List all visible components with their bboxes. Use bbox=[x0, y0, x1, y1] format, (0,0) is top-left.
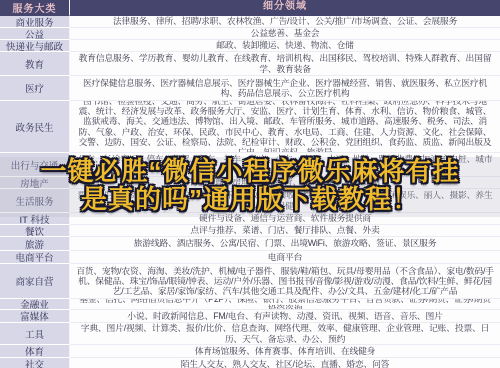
table-row: 富媒体小说、时政新闻信息、FM/电台、有声读物、动漫、资讯、视频、语音、音乐、图… bbox=[0, 310, 500, 323]
fields-cell: 法律服务、律所、招聘/求职、农林牧渔、广告/设计、公关/推广/市场调查、公证、会… bbox=[70, 16, 500, 28]
fields-cell: 点评与推荐、菜谱、门店、餐厅排队、点餐、外卖 bbox=[70, 225, 500, 237]
fields-cell: 百货、宠物/农资、海淘、美妆/洗护、机械/电子器件、服装/鞋/箱包、玩具/母婴用… bbox=[70, 264, 500, 299]
category-cell: 体育 bbox=[0, 345, 70, 358]
table-row: 金融业基金、信托、网络借贷信息中介（P2P）、保险、银行、股票信息服务平台、自营… bbox=[0, 299, 500, 310]
overlay-line-1: 一键必胜“微信小程序微乐麻将有挂 bbox=[0, 158, 500, 186]
category-cell: 社交 bbox=[0, 358, 70, 368]
fields-cell: 医疗保健信息服务、医疗器械信息展示、医疗器械生产企业、医疗器械经营、销售、就医服… bbox=[70, 76, 500, 101]
fields-cell: 电商平台 bbox=[70, 251, 500, 264]
overlay-line-2: 是真的吗”通用版下载教程！ bbox=[0, 186, 500, 214]
category-cell: 商业服务 bbox=[0, 16, 70, 28]
fields-cell: 陌生人交友、熟人交友、社区/论坛、直播、婚恋、问答 bbox=[70, 358, 500, 368]
fields-cell: 硬件与设备、通信与运营商、软件服务提供商 bbox=[70, 213, 500, 225]
screenshot-frame: 服务大类 细分领域 商业服务法律服务、律所、招聘/求职、农林牧渔、广告/设计、公… bbox=[0, 0, 500, 368]
category-cell: 医疗 bbox=[0, 76, 70, 101]
category-cell: 商家自营 bbox=[0, 264, 70, 299]
table-row: 医疗医疗保健信息服务、医疗器械信息展示、医疗器械生产企业、医疗器械经营、销售、就… bbox=[0, 76, 500, 101]
category-cell: 金融业 bbox=[0, 299, 70, 310]
fields-cell: 体育场馆服务、体育赛事、体育培训、在线健身 bbox=[70, 345, 500, 358]
table-row: 快递业与邮政邮政、装卸搬运、快递、物流、仓储 bbox=[0, 40, 500, 52]
table-row: 体育体育场馆服务、体育赛事、体育培训、在线健身 bbox=[0, 345, 500, 358]
fields-cell: 字典、图片/视频、计算类、报价/比价、信息查询、网络代理、效率、健康管理、企业管… bbox=[70, 323, 500, 345]
table-row: 电商平台电商平台 bbox=[0, 251, 500, 264]
table-row: 社交陌生人交友、熟人交友、社区/论坛、直播、婚恋、问答 bbox=[0, 358, 500, 368]
category-cell: 公益 bbox=[0, 28, 70, 40]
category-cell: 餐饮 bbox=[0, 225, 70, 237]
category-cell: 旅游 bbox=[0, 237, 70, 251]
fields-cell: 教育信息服务、学历教育、婴幼儿教育、在线教育、培训机构、出国移民、驾校培训、特殊… bbox=[70, 52, 500, 76]
header-category-label: 服务大类 bbox=[0, 0, 70, 16]
table-row: 教育教育信息服务、学历教育、婴幼儿教育、在线教育、培训机构、出国移民、驾校培训、… bbox=[0, 52, 500, 76]
table-row: 旅游旅游线路、酒店服务、公寓/民宿、门票、出境WiFi、旅游攻略、签证、景区服务 bbox=[0, 237, 500, 251]
table-header-row: 服务大类 细分领域 bbox=[0, 0, 500, 16]
spam-overlay-text: 一键必胜“微信小程序微乐麻将有挂 是真的吗”通用版下载教程！ bbox=[0, 158, 500, 213]
fields-cell: 小说、时政新闻信息、FM/电台、有声读物、动漫、资讯、视频、语音、音乐、图片 bbox=[70, 310, 500, 323]
fields-cell: 旅游线路、酒店服务、公寓/民宿、门票、出境WiFi、旅游攻略、签证、景区服务 bbox=[70, 237, 500, 251]
table-row: 商家自营百货、宠物/农资、海淘、美妆/洗护、机械/电子器件、服装/鞋/箱包、玩具… bbox=[0, 264, 500, 299]
category-cell: 快递业与邮政 bbox=[0, 40, 70, 52]
table-row: IT 科技硬件与设备、通信与运营商、软件服务提供商 bbox=[0, 213, 500, 225]
fields-cell: 基金、信托、网络借贷信息中介（P2P）、保险、银行、股票信息服务平台、自营贷款、… bbox=[70, 299, 500, 310]
category-cell: 政务民生 bbox=[0, 101, 70, 153]
table-row: 政务民生图书馆、检验检疫、交通、商务、航空、街道居委、农林畜牧海洋、社科档案、政… bbox=[0, 101, 500, 153]
category-cell: 工具 bbox=[0, 323, 70, 345]
table-row: 工具字典、图片/视频、计算类、报价/比价、信息查询、网络代理、效率、健康管理、企… bbox=[0, 323, 500, 345]
header-field-label: 细分领域 bbox=[70, 0, 500, 16]
fields-cell: 公益慈善、基金会 bbox=[70, 28, 500, 40]
table-row: 餐饮点评与推荐、菜谱、门店、餐厅排队、点餐、外卖 bbox=[0, 225, 500, 237]
category-cell: 富媒体 bbox=[0, 310, 70, 323]
table-row: 商业服务法律服务、律所、招聘/求职、农林牧渔、广告/设计、公关/推广/市场调查、… bbox=[0, 16, 500, 28]
category-cell: IT 科技 bbox=[0, 213, 70, 225]
fields-cell: 图书馆、检验检疫、交通、商务、航空、街道居委、农林畜牧海洋、社科档案、政府应急办… bbox=[70, 101, 500, 153]
category-cell: 电商平台 bbox=[0, 251, 70, 264]
fields-cell: 邮政、装卸搬运、快递、物流、仓储 bbox=[70, 40, 500, 52]
table-row: 公益公益慈善、基金会 bbox=[0, 28, 500, 40]
category-cell: 教育 bbox=[0, 52, 70, 76]
